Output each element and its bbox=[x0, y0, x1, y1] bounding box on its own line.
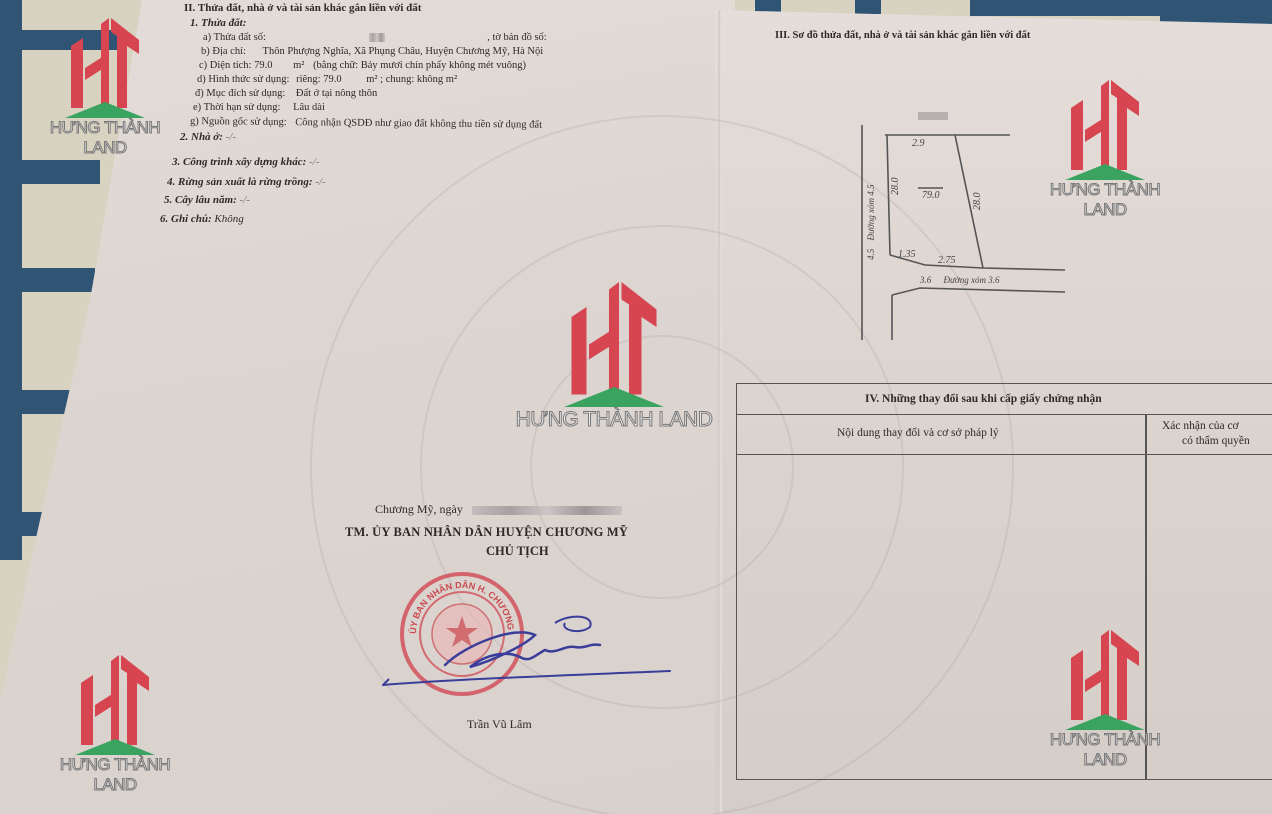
term-label: e) Thời hạn sử dụng: bbox=[193, 102, 280, 113]
changes-table: IV. Những thay đổi sau khi cấp giấy chứn… bbox=[736, 383, 1272, 780]
place-date-label: Chương Mỹ, ngày bbox=[375, 502, 463, 516]
perennial-value: -/- bbox=[239, 194, 249, 206]
other-construction-value: -/- bbox=[309, 156, 319, 168]
watermark-brand: HƯNG THÀNH LAND bbox=[509, 408, 719, 432]
perennial-row: 5. Cây lâu năm: -/- bbox=[164, 194, 250, 206]
forest-row: 4. Rừng sản xuất là rừng trồng: -/- bbox=[167, 176, 326, 188]
signer-name: Trần Vũ Lâm bbox=[467, 717, 532, 732]
column-header-confirmation: Xác nhận của cơ bbox=[1162, 420, 1239, 432]
purpose-label: đ) Mục đích sử dụng: bbox=[195, 88, 285, 99]
redacted-date bbox=[472, 506, 622, 515]
blanket-stripe bbox=[970, 0, 1170, 16]
signer-title: CHỦ TỊCH bbox=[486, 544, 549, 559]
section-iv-heading: IV. Những thay đổi sau khi cấp giấy chứn… bbox=[865, 393, 1102, 405]
parcel-number: a) Thửa đất số: , tờ bản đồ số: bbox=[203, 32, 547, 43]
house-row: 2. Nhà ở: -/- bbox=[180, 131, 236, 143]
forest-value: -/- bbox=[315, 176, 325, 188]
area-label: c) Diện tích: bbox=[199, 60, 251, 71]
watermark-logo: HƯNG THÀNH LAND bbox=[1030, 630, 1180, 760]
map-sheet-label: , tờ bản đồ số: bbox=[487, 32, 547, 43]
usage-form-private: riêng: 79.0 bbox=[296, 74, 342, 85]
section-iii-heading: III. Sơ đồ thửa đất, nhà ở và tài sản kh… bbox=[775, 30, 1030, 41]
road-bottom-label: 3.6 Đường xóm 3.6 bbox=[919, 275, 1000, 285]
dim-top-edge: 2.9 bbox=[912, 138, 925, 149]
parcel-area-label: 79.0 bbox=[922, 190, 940, 201]
note-value: Không bbox=[214, 213, 243, 225]
redacted-value bbox=[369, 33, 385, 42]
column-header-confirmation-line2: có thẩm quyền bbox=[1182, 435, 1250, 447]
column-header-content: Nội dung thay đổi và cơ sở pháp lý bbox=[837, 427, 999, 439]
area-unit: m² bbox=[293, 60, 304, 71]
watermark-brand: HƯNG THÀNH LAND bbox=[30, 118, 180, 158]
changes-table-header-row: Nội dung thay đổi và cơ sở pháp lý Xác n… bbox=[737, 414, 1272, 455]
house-value: -/- bbox=[226, 131, 236, 143]
blanket-stripe bbox=[1160, 0, 1272, 24]
issuing-authority: TM. ỦY BAN NHÂN DÂN HUYỆN CHƯƠNG MỸ bbox=[345, 525, 628, 540]
area-row: c) Diện tích: 79.0 m² (bằng chữ: Bảy mươ… bbox=[199, 60, 526, 71]
usage-form-shared: ; chung: không m² bbox=[380, 74, 457, 85]
house-label: 2. Nhà ở: bbox=[180, 131, 223, 143]
perennial-label: 5. Cây lâu năm: bbox=[164, 194, 237, 206]
dim-bottom-left: 1.35 bbox=[898, 249, 916, 260]
term-value: Lâu dài bbox=[293, 102, 325, 113]
usage-form-row: d) Hình thức sử dụng: riêng: 79.0 m² ; c… bbox=[197, 74, 457, 85]
place-date: Chương Mỹ, ngày bbox=[375, 502, 622, 517]
dim-bottom-right: 2.75 bbox=[938, 255, 956, 266]
watermark-brand: HƯNG THÀNH LAND bbox=[1030, 180, 1180, 220]
term-row: e) Thời hạn sử dụng: Lâu dài bbox=[193, 102, 325, 113]
blanket-stripe bbox=[0, 160, 100, 184]
blanket-stripe bbox=[855, 0, 881, 14]
ht-logo-icon bbox=[75, 655, 155, 755]
blanket-stripe bbox=[0, 268, 95, 292]
ht-logo-icon bbox=[1065, 630, 1145, 730]
usage-form-unit: m² bbox=[366, 74, 377, 85]
address-row: b) Địa chỉ: Thôn Phượng Nghĩa, Xã Phụng … bbox=[201, 46, 543, 57]
watermark-brand: HƯNG THÀNH LAND bbox=[1030, 730, 1180, 770]
watermark-logo: HƯNG THÀNH LAND bbox=[509, 282, 719, 442]
ht-logo-icon bbox=[1065, 80, 1145, 180]
area-in-words: (bằng chữ: Bảy mươi chín phẩy không mét … bbox=[313, 60, 526, 71]
usage-form-label: d) Hình thức sử dụng: bbox=[197, 74, 289, 85]
purpose-value: Đất ở tại nông thôn bbox=[296, 88, 377, 99]
watermark-brand: HƯNG THÀNH LAND bbox=[40, 755, 190, 795]
other-construction-row: 3. Công trình xây dựng khác: -/- bbox=[172, 156, 319, 168]
blanket-stripe bbox=[0, 390, 75, 414]
area-value: 79.0 bbox=[254, 60, 272, 71]
changes-table-title-row: IV. Những thay đổi sau khi cấp giấy chứn… bbox=[737, 384, 1272, 415]
address-label: b) Địa chỉ: bbox=[201, 46, 246, 57]
dim-right-edge: 28.0 bbox=[972, 193, 983, 211]
note-row: 6. Ghi chú: Không bbox=[160, 213, 244, 225]
watermark-logo: HƯNG THÀNH LAND bbox=[1030, 80, 1180, 210]
other-construction-label: 3. Công trình xây dựng khác: bbox=[172, 156, 306, 168]
address-value: Thôn Phượng Nghĩa, Xã Phụng Châu, Huyện … bbox=[263, 46, 544, 57]
watermark-logo: HƯNG THÀNH LAND bbox=[40, 655, 190, 785]
section-ii-heading: II. Thửa đất, nhà ở và tài sản khác gắn … bbox=[184, 2, 421, 14]
parcel-number-label: a) Thửa đất số: bbox=[203, 32, 266, 43]
section-ii-subheading: 1. Thửa đất: bbox=[190, 17, 246, 29]
origin-label: g) Nguồn gốc sử dụng: bbox=[190, 116, 287, 128]
forest-label: 4. Rừng sản xuất là rừng trồng: bbox=[167, 176, 313, 188]
watermark-logo: HƯNG THÀNH LAND bbox=[30, 18, 180, 148]
ht-logo-icon bbox=[564, 282, 664, 407]
road-left-label: 4.5 Đường xóm 4.5 bbox=[866, 184, 876, 260]
note-label: 6. Ghi chú: bbox=[160, 213, 212, 225]
handwritten-signature bbox=[375, 605, 675, 695]
ht-logo-icon bbox=[65, 18, 145, 118]
dim-left-edge: 28.0 bbox=[890, 178, 901, 196]
purpose-row: đ) Mục đích sử dụng: Đất ở tại nông thôn bbox=[195, 88, 377, 99]
